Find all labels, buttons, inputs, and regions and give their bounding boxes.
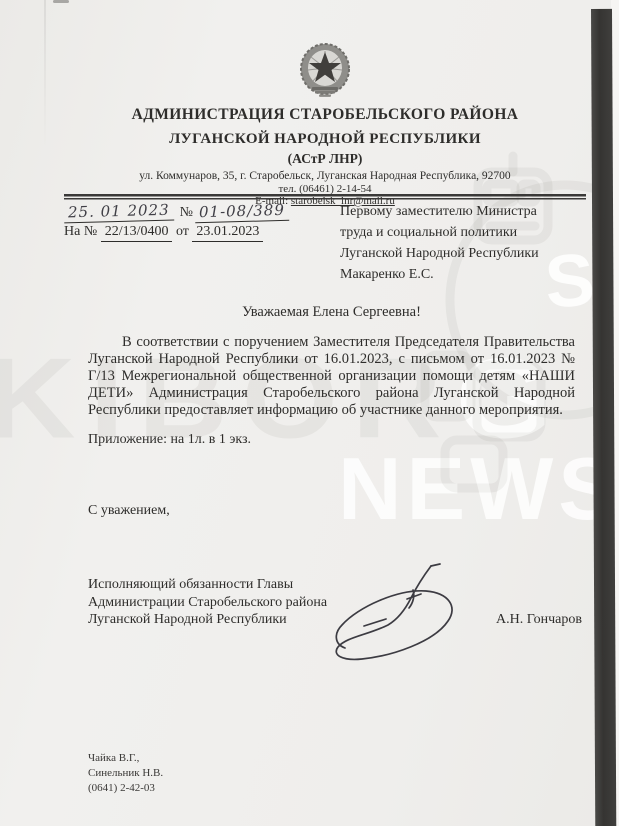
- signer-name: А.Н. Гончаров: [496, 612, 582, 628]
- recipient-line: Луганской Народной Республики: [340, 243, 555, 264]
- letterhead: АДМИНИСТРАЦИЯ СТАРОБЕЛЬСКОГО РАЙОНА ЛУГА…: [30, 42, 619, 207]
- scan-edge-shadow: [591, 9, 616, 826]
- reference-block: 25. 01 2023№01-08/389 На № 22/13/0400 от…: [64, 202, 314, 242]
- recipient-line: труда и социальной политики: [340, 222, 555, 243]
- executor-line: Чайка В.Г.,: [88, 751, 163, 766]
- lnr-coat-of-arms-icon: [298, 42, 352, 98]
- signer-position-line: Луганской Народной Республики: [88, 611, 327, 629]
- signer-position-line: Исполняющий обязанности Главы: [88, 576, 327, 594]
- handwritten-number: 01-08/389: [195, 201, 289, 223]
- reply-number: 22/13/0400: [101, 224, 173, 242]
- attachment-note: Приложение: на 1л. в 1 экз.: [88, 432, 251, 448]
- scanned-letter-page: KIBORG NEWS S: [0, 0, 619, 826]
- executor-line: (0641) 2-42-03: [88, 781, 163, 796]
- handwritten-date: 25. 01 2023: [64, 201, 174, 224]
- org-name-line2: ЛУГАНСКОЙ НАРОДНОЙ РЕСПУБЛИКИ: [30, 131, 619, 148]
- outgoing-number-row: 25. 01 2023№01-08/389: [64, 202, 314, 222]
- reply-prefix: На №: [64, 224, 97, 239]
- reply-reference-row: На № 22/13/0400 от 23.01.2023: [64, 224, 314, 242]
- recipient-line: Первому заместителю Министра: [340, 201, 555, 222]
- executor-footer: Чайка В.Г., Синельник Н.В. (0641) 2-42-0…: [88, 751, 163, 796]
- signer-position: Исполняющий обязанности Главы Администра…: [88, 576, 327, 629]
- reply-from-word: от: [176, 224, 189, 239]
- scan-smudge: [53, 0, 69, 3]
- closing-phrase: С уважением,: [88, 503, 170, 519]
- reply-date: 23.01.2023: [192, 224, 263, 242]
- org-address: ул. Коммунаров, 35, г. Старобельск, Луга…: [30, 170, 619, 182]
- handwritten-signature: [328, 563, 478, 668]
- org-name-line1: АДМИНИСТРАЦИЯ СТАРОБЕЛЬСКОГО РАЙОНА: [30, 106, 619, 124]
- executor-line: Синельник Н.В.: [88, 766, 163, 781]
- recipient-block: Первому заместителю Министра труда и соц…: [340, 201, 555, 285]
- number-sign: №: [180, 205, 193, 220]
- signer-position-line: Администрации Старобельского района: [88, 594, 327, 612]
- salutation: Уважаемая Елена Сергеевна!: [88, 304, 575, 321]
- letterhead-divider: [64, 194, 586, 200]
- recipient-line: Макаренко Е.С.: [340, 264, 555, 285]
- letter-body: В соответствии с поручением Заместителя …: [88, 334, 575, 419]
- org-abbreviation: (АСтР ЛНР): [30, 151, 619, 167]
